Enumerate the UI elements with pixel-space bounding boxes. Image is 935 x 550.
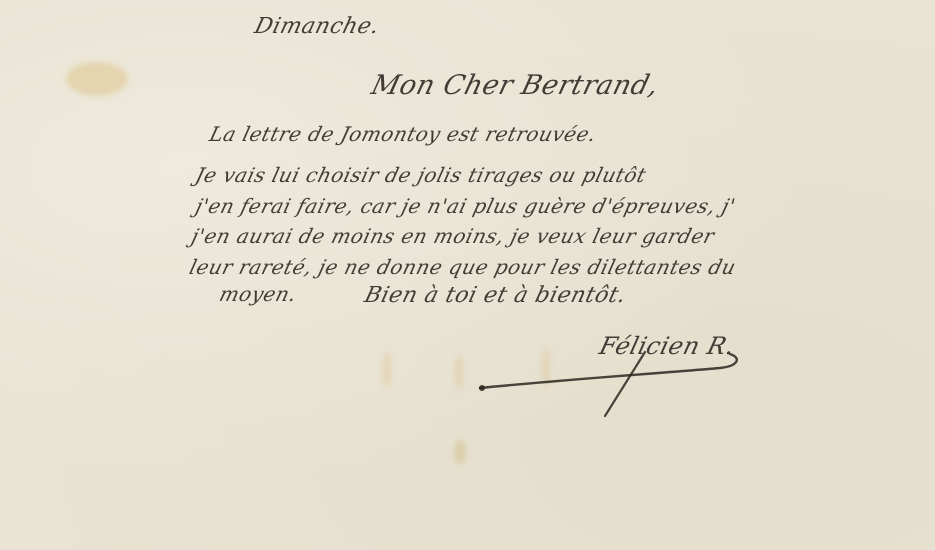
closing-line: Bien à toi et à bientôt.: [362, 283, 629, 308]
body-line: j'en ferai faire, car je n'ai plus guère…: [193, 194, 738, 218]
body-line: j'en aurai de moins en moins, je veux le…: [189, 224, 717, 248]
body-line: leur rareté, je ne donne que pour les di…: [187, 255, 739, 279]
paper-stain: [383, 352, 391, 388]
signature-flourish-icon: [470, 340, 750, 430]
salutation: Mon Cher Bertrand,: [368, 70, 662, 101]
letter-paper: Dimanche. Mon Cher Bertrand, La lettre d…: [0, 0, 935, 550]
paper-stain: [455, 354, 463, 390]
body-line: La lettre de Jomontoy est retrouvée.: [207, 122, 599, 146]
date-line: Dimanche.: [252, 14, 382, 39]
paper-stain: [66, 62, 128, 96]
body-line: Je vais lui choisir de jolis tirages ou …: [193, 163, 649, 187]
body-line: moyen.: [217, 282, 299, 306]
paper-stain: [455, 440, 465, 464]
